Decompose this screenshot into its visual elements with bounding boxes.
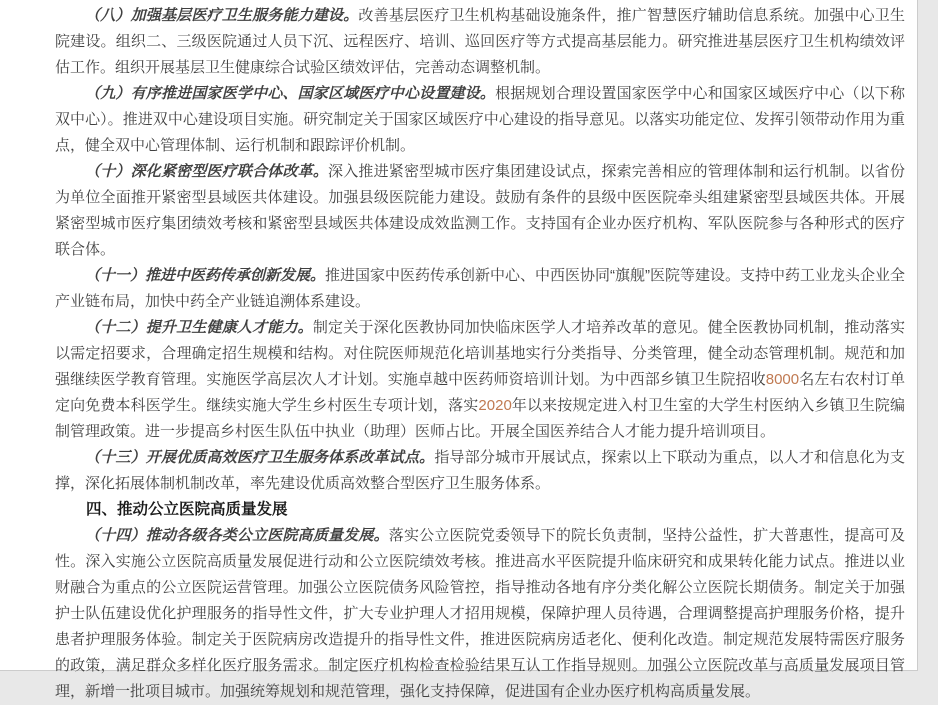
- item-lead: （十四）推动各级各类公立医院高质量发展。: [85, 527, 389, 544]
- policy-item-8: （八）加强基层医疗卫生服务能力建设。改善基层医疗卫生机构基础设施条件，推广智慧医…: [55, 3, 905, 81]
- policy-item-10: （十）深化紧密型医疗联合体改革。深入推进紧密型城市医疗集团建设试点，探索完善相应…: [55, 159, 905, 263]
- item-lead: （十一）推进中医药传承创新发展。: [85, 267, 325, 284]
- policy-item-12: （十二）提升卫生健康人才能力。制定关于深化医教协同加快临床医学人才培养改革的意见…: [55, 315, 905, 445]
- page-background: { "page": { "background_color": "#e8e8e8…: [0, 0, 938, 684]
- policy-item-9: （九）有序推进国家医学中心、国家区域医疗中心设置建设。根据规划合理设置国家医学中…: [55, 81, 905, 159]
- item-body: 制定关于深化医教协同加快临床医学人才培养改革的意见。健全医教协同机制，推动落实以…: [55, 319, 905, 440]
- item-lead: （十）深化紧密型医疗联合体改革。: [85, 163, 328, 180]
- policy-item-13: （十三）开展优质高效医疗卫生服务体系改革试点。指导部分城市开展试点，探索以上下联…: [55, 445, 905, 497]
- article-body: （八）加强基层医疗卫生服务能力建设。改善基层医疗卫生机构基础设施条件，推广智慧医…: [0, 0, 917, 684]
- article-panel: （八）加强基层医疗卫生服务能力建设。改善基层医疗卫生机构基础设施条件，推广智慧医…: [0, 0, 918, 671]
- policy-item-11: （十一）推进中医药传承创新发展。推进国家中医药传承创新中心、中西医协同“旗舰”医…: [55, 263, 905, 315]
- item-lead: （十三）开展优质高效医疗卫生服务体系改革试点。: [85, 449, 434, 466]
- item-body: 落实公立医院党委领导下的院长负责制，坚持公益性，扩大普惠性，提高可及性。深入实施…: [55, 527, 905, 684]
- policy-item-14: （十四）推动各级各类公立医院高质量发展。落实公立医院党委领导下的院长负责制，坚持…: [55, 523, 905, 684]
- item-lead: （九）有序推进国家医学中心、国家区域医疗中心设置建设。: [85, 85, 495, 102]
- item-lead: （十二）提升卫生健康人才能力。: [85, 319, 313, 336]
- item-lead: （八）加强基层医疗卫生服务能力建设。: [85, 7, 358, 24]
- section-heading-4: 四、推动公立医院高质量发展: [55, 497, 905, 523]
